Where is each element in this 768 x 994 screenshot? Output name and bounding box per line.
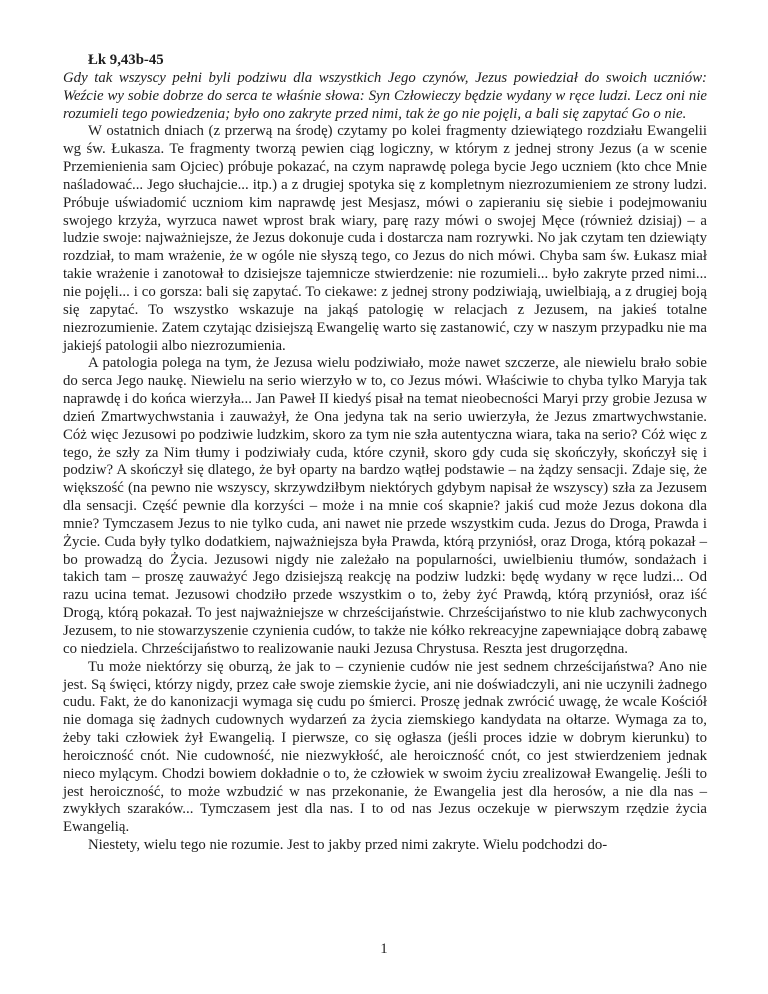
document-page: Łk 9,43b-45 Gdy tak wszyscy pełni byli p… xyxy=(0,0,768,994)
homily-paragraph-2: A patologia polega na tym, że Jezusa wie… xyxy=(63,355,707,658)
homily-paragraph-4: Niestety, wielu tego nie rozumie. Jest t… xyxy=(63,837,707,855)
text-column: Łk 9,43b-45 Gdy tak wszyscy pełni byli p… xyxy=(63,52,707,855)
homily-paragraph-3: Tu może niektórzy się oburzą, że jak to … xyxy=(63,659,707,837)
homily-paragraph-1: W ostatnich dniach (z przerwą na środę) … xyxy=(63,123,707,355)
scripture-reference-title: Łk 9,43b-45 xyxy=(63,52,707,70)
gospel-quote: Gdy tak wszyscy pełni byli podziwu dla w… xyxy=(63,70,707,124)
page-number: 1 xyxy=(0,941,768,958)
